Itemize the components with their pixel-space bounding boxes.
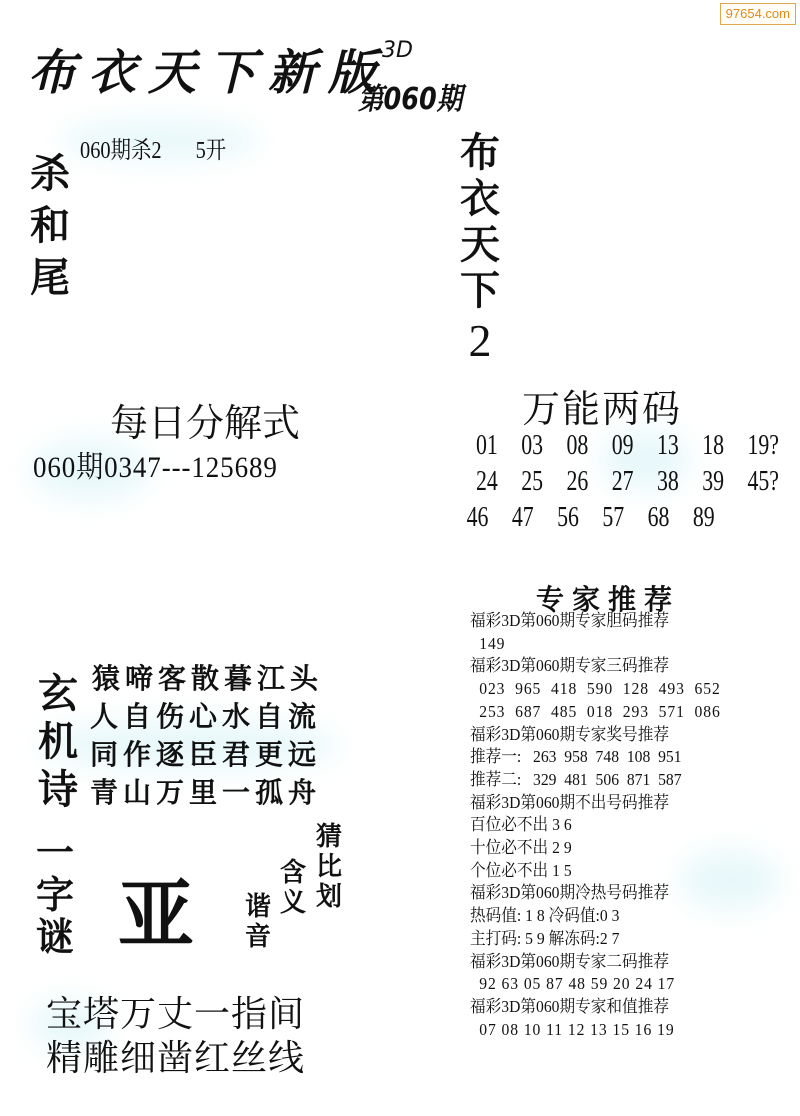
hint-char: 划 [316,882,342,912]
expert-line: 推荐二: 329 481 506 871 587 [470,769,721,792]
expert-recommendations: 福彩3D第060期专家胆码推荐 149 福彩3D第060期专家三码推荐 023 … [470,610,721,1041]
expert-value: 149 [470,633,721,656]
code: 01 [476,428,521,464]
universal-two-codes-grid: 01 03 08 09 13 18 19? 24 25 26 27 38 39 … [476,428,793,536]
label-char: 玄 [38,670,78,718]
site-watermark: 97654.com [720,3,796,25]
label-char: 诗 [38,766,78,814]
code: 03 [521,428,566,464]
hint-char: 音 [245,922,271,952]
poem-line: 人自伤心水自流 [90,698,323,736]
code: 08 [566,428,611,464]
code-row: 46 47 56 57 68 89 [467,500,793,536]
code: 25 [521,464,566,500]
code: 46 [467,500,512,536]
kill-sum-tail-left: 060期杀2 [80,138,162,164]
riddle-hint-col-c: 谐 音 [245,892,271,952]
daily-formula-title: 每日分解式 [110,392,300,447]
expert-heading: 福彩3D第060期专家奖号推荐 [470,724,721,747]
code: 56 [557,500,602,536]
expert-heading: 福彩3D第060期专家和值推荐 [470,996,721,1019]
expert-value: 92 63 05 87 48 59 20 24 17 [470,973,721,996]
code-row: 01 03 08 09 13 18 19? [476,428,793,464]
riddle-character: 亚 [118,854,194,963]
hint-char: 义 [280,888,306,918]
label-char: 机 [38,718,78,766]
poem-line: 同作逐臣君更远 [90,736,323,774]
hint-char: 猜 [316,822,342,852]
code: 19? [747,428,792,464]
label-char: 一 [36,832,74,874]
buyi-tianxia-number: 2 [469,318,492,364]
expert-line: 主打码: 5 9 解冻码:2 7 [470,928,721,951]
riddle-hint-col-a: 猜 比 划 [316,822,342,912]
page-title: 布衣天下新版 [28,34,388,103]
expert-line: 热码值: 1 8 冷码值:0 3 [470,905,721,928]
expert-line: 百位必不出 3 6 [470,814,721,837]
code: 57 [602,500,647,536]
expert-line: 十位必不出 2 9 [470,837,721,860]
couplet-line-1: 宝塔万丈一指间 [46,992,305,1036]
kill-sum-tail-label: 杀 和 尾 [30,148,70,304]
hint-char: 谐 [245,892,271,922]
expert-heading: 福彩3D第060期不出号码推荐 [470,792,721,815]
label-char: 字 [36,874,74,916]
daily-formula-line: 060期0347---125689 [33,442,278,486]
label-char: 衣 [460,176,500,222]
label-char: 杀 [30,148,70,200]
buyi-tianxia-block: 布 衣 天 下 2 [460,130,500,364]
label-char: 和 [30,200,70,252]
code: 45? [747,464,792,500]
mystic-poem: 玄 机 诗 猿啼客散暮江头 人自伤心水自流 同作逐臣君更远 青山万里一孤舟 [38,660,338,820]
expert-line: 个位必不出 1 5 [470,860,721,883]
kill-sum-tail-right: 5开 [196,138,227,164]
expert-value: 253 687 485 018 293 571 086 [470,701,721,724]
label-char: 谜 [36,916,74,958]
code: 68 [648,500,693,536]
hint-char: 比 [316,852,342,882]
code: 26 [566,464,611,500]
code: 27 [612,464,657,500]
poem-line: 青山万里一孤舟 [90,774,323,812]
expert-value: 023 965 418 590 128 493 652 [470,678,721,701]
expert-heading: 福彩3D第060期专家二码推荐 [470,951,721,974]
code-row: 24 25 26 27 38 39 45? [476,464,793,500]
expert-line: 推荐一: 263 958 748 108 951 [470,746,721,769]
label-char: 下 [460,268,500,314]
issue-number: 第060期 [358,74,462,118]
label-char: 尾 [30,252,70,304]
universal-two-codes-title: 万能两码 [522,378,682,433]
expert-heading: 福彩3D第060期专家胆码推荐 [470,610,721,633]
label-char: 布 [460,130,500,176]
expert-value: 07 08 10 11 12 13 15 16 19 [470,1019,721,1042]
poem-line: 猿啼客散暮江头 [92,660,323,698]
riddle-side-label: 一 字 谜 [36,832,74,958]
code: 39 [702,464,747,500]
hint-char: 含 [280,858,306,888]
kill-sum-tail-line: 060期杀25开 [80,130,226,165]
code: 38 [657,464,702,500]
label-char: 天 [460,222,500,268]
poem-side-label: 玄 机 诗 [38,670,78,814]
poem-lines: 猿啼客散暮江头 人自伤心水自流 同作逐臣君更远 青山万里一孤舟 [88,660,323,812]
code: 09 [612,428,657,464]
code: 24 [476,464,521,500]
couplet-line-2: 精雕细凿红丝线 [46,1036,305,1080]
code: 47 [512,500,557,536]
expert-heading: 福彩3D第060期冷热号码推荐 [470,882,721,905]
riddle-hint-col-b: 含 义 [280,858,306,918]
couplet: 宝塔万丈一指间 精雕细凿红丝线 [46,992,305,1080]
code: 89 [693,500,738,536]
code: 13 [657,428,702,464]
expert-heading: 福彩3D第060期专家三码推荐 [470,655,721,678]
lottery-type: 3D [382,38,413,63]
code: 18 [702,428,747,464]
